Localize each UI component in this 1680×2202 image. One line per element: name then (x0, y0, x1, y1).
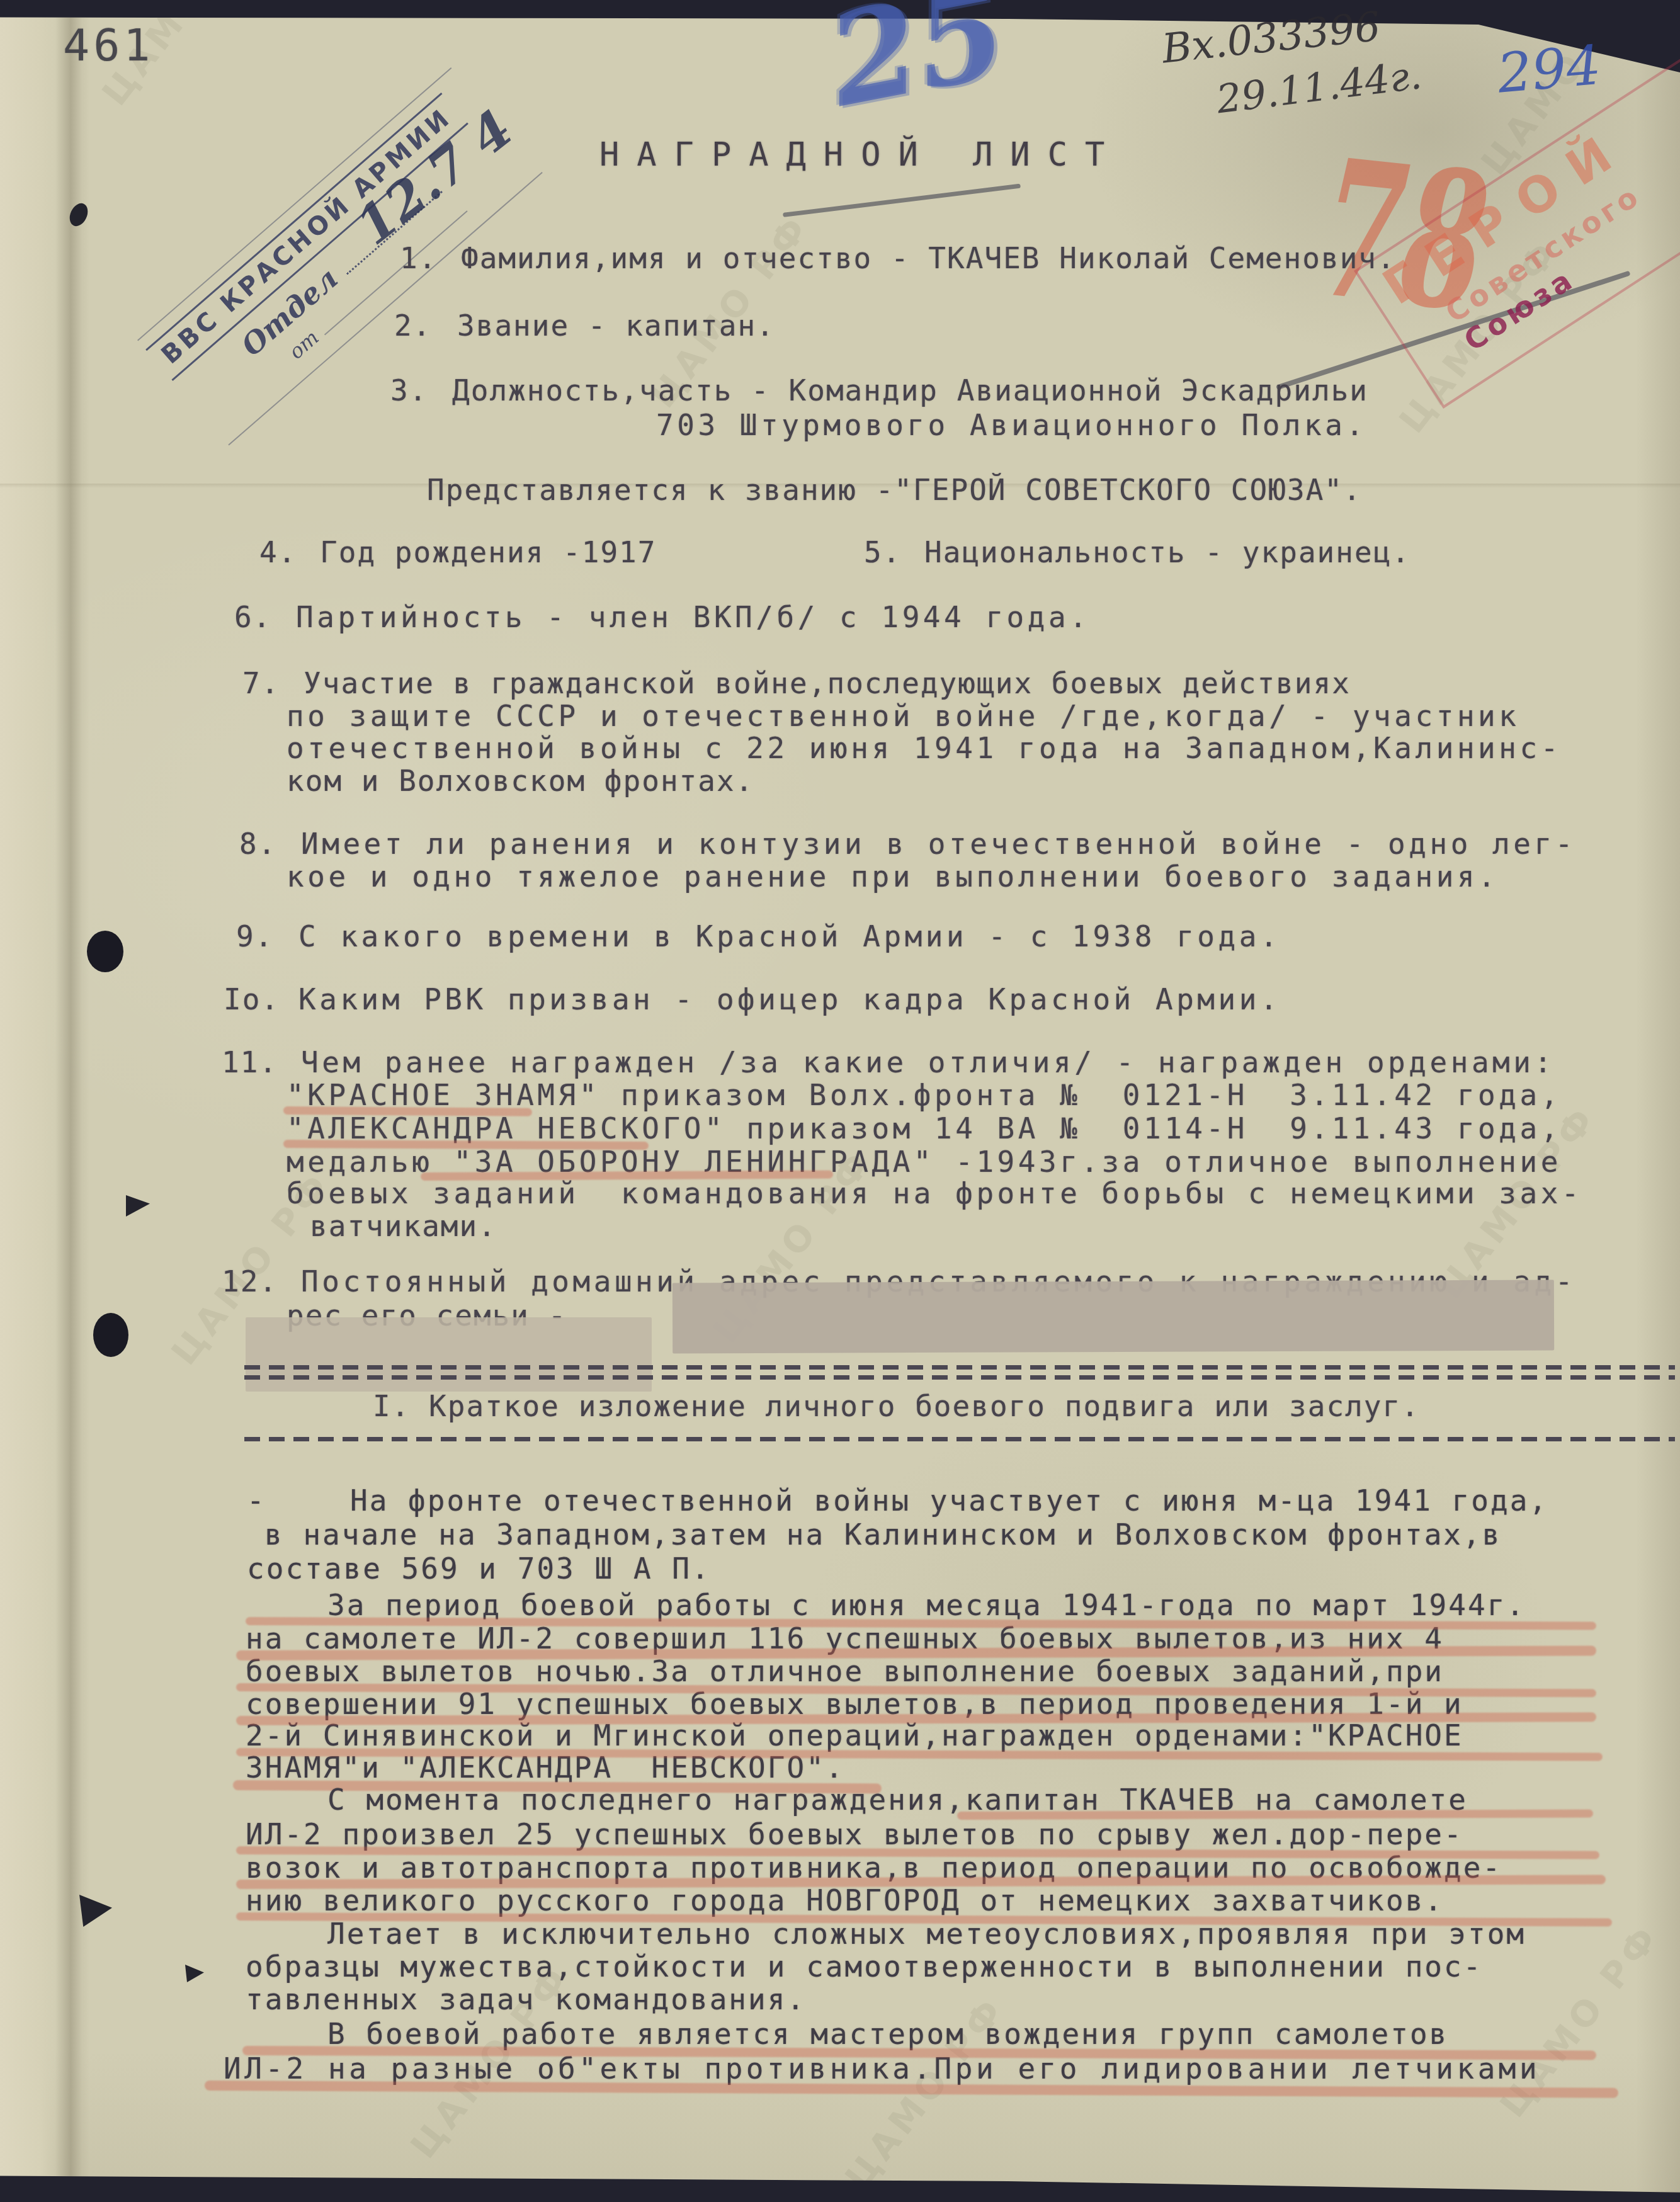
ink-mark (126, 1195, 150, 1217)
body-line: В боевой работе является мастером вожден… (327, 2018, 1448, 2050)
redaction-box (673, 1280, 1554, 1354)
item-1-name-line: Фамилия,имя и отчество - ТКАЧЕВ Николай … (461, 242, 1396, 275)
item-8-line: Имеет ли ранения и контузии в отечествен… (301, 828, 1576, 860)
body-line: составе 569 и 703 Ш А П. (247, 1553, 711, 1585)
item-7-line: отечественной войны с 22 июня 1941 года … (287, 732, 1562, 764)
item-6-party-line: Партийность - член ВКП/б/ с 1944 года. (296, 601, 1090, 633)
item-10-number: Iо. (224, 984, 280, 1016)
ink-mark (185, 1965, 204, 1982)
body-line: За период боевой работы с июня месяца 19… (327, 1589, 1526, 1621)
crossed-out-number: 25 (817, 0, 1018, 136)
item-11-line: Чем ранее награжден /за какие отличия/ -… (301, 1047, 1555, 1079)
item-3-position-line: 703 Штурмового Авиационного Полка. (656, 409, 1367, 441)
item-5-nationality-line: Национальность - украинец. (924, 536, 1410, 569)
item-7-line: Участие в гражданской войне,последующих … (304, 667, 1351, 700)
body-line: На фронте отечественной войны участвует … (350, 1485, 1548, 1517)
item-2-rank-line: Звание - капитан. (457, 310, 775, 342)
item-8-line: кое и одно тяжелое ранение при выполнени… (287, 861, 1499, 893)
page-number: 461 (63, 21, 154, 70)
item-2-number: 2. (394, 310, 431, 342)
red-underline (283, 1106, 532, 1116)
item-11-line: ватчиками. (310, 1210, 497, 1242)
section-separator (244, 1437, 1675, 1441)
section-separator (244, 1365, 1675, 1370)
item-3-number: 3. (390, 375, 428, 407)
binding-fold-shadow (55, 0, 89, 2202)
item-11-number: 11. (222, 1047, 278, 1079)
item-7-line: по защите СССР и отечественной войне /гд… (287, 700, 1519, 732)
body-line: нию великого русского города НОВГОРОД от… (246, 1885, 1444, 1917)
body-line: в начале на Западном,затем на Калининско… (264, 1519, 1501, 1551)
redaction-box (246, 1317, 652, 1392)
body-line: образцы мужества,стойкости и самоотверже… (246, 1951, 1482, 1983)
item-9-number: 9. (236, 921, 273, 953)
item-4-birthyear-line: Год рождения -1917 (320, 536, 657, 569)
section-heading: I. Краткое изложение личного боевого под… (373, 1390, 1420, 1422)
item-10-line: Каким РВК призван - офицер кадра Красной… (298, 984, 1281, 1016)
item-1-number: 1. (400, 242, 437, 275)
body-line: ИЛ-2 произвел 25 успешных боевых вылетов… (246, 1819, 1463, 1851)
item-12-number: 12. (222, 1266, 278, 1298)
body-line: Летает в исключительно сложных метеоусло… (327, 1918, 1526, 1950)
scan-background-bottom (0, 2159, 1680, 2202)
presentation-line: Представляется к званию -"ГЕРОЙ СОВЕТСКО… (427, 474, 1362, 506)
item-8-number: 8. (239, 828, 276, 860)
item-7-number: 7. (242, 667, 280, 700)
item-4-number: 4. (259, 536, 297, 569)
document-title: НАГРАДНОЙ ЛИСТ (599, 137, 1122, 173)
item-11-line: боевых заданий командования на фронте бо… (287, 1178, 1582, 1210)
body-line: тавленных задач командования. (246, 1984, 806, 2016)
page-left-edge (0, 0, 58, 2202)
item-7-line: ком и Волховском фронтах. (287, 765, 754, 797)
item-11-line: "АЛЕКСАНДРА НЕВСКОГО" приказом 14 ВА № 0… (287, 1113, 1562, 1145)
folio-number: 294 (1495, 34, 1603, 106)
item-5-number: 5. (864, 536, 901, 569)
punch-hole (93, 1313, 128, 1357)
punch-hole (87, 931, 123, 972)
body-line: - (247, 1485, 266, 1517)
item-3-position-line: Должность,часть - Командир Авиационной Э… (452, 375, 1368, 407)
item-9-line: С какого времени в Красной Армии - с 193… (298, 921, 1281, 953)
red-underline (957, 1809, 1593, 1820)
document-page: ЦАМО РФ ЦАМО РФ ЦАМО РФ ЦАМО РФ ЦАМО РФ … (0, 0, 1680, 2202)
item-6-number: 6. (234, 601, 271, 633)
item-11-line: "КРАСНОЕ ЗНАМЯ" приказом Волх.фронта № 0… (287, 1079, 1562, 1111)
section-separator (244, 1375, 1675, 1380)
body-line: боевых вылетов ночью.За отличное выполне… (246, 1655, 1444, 1688)
pencil-strike (783, 184, 1021, 217)
